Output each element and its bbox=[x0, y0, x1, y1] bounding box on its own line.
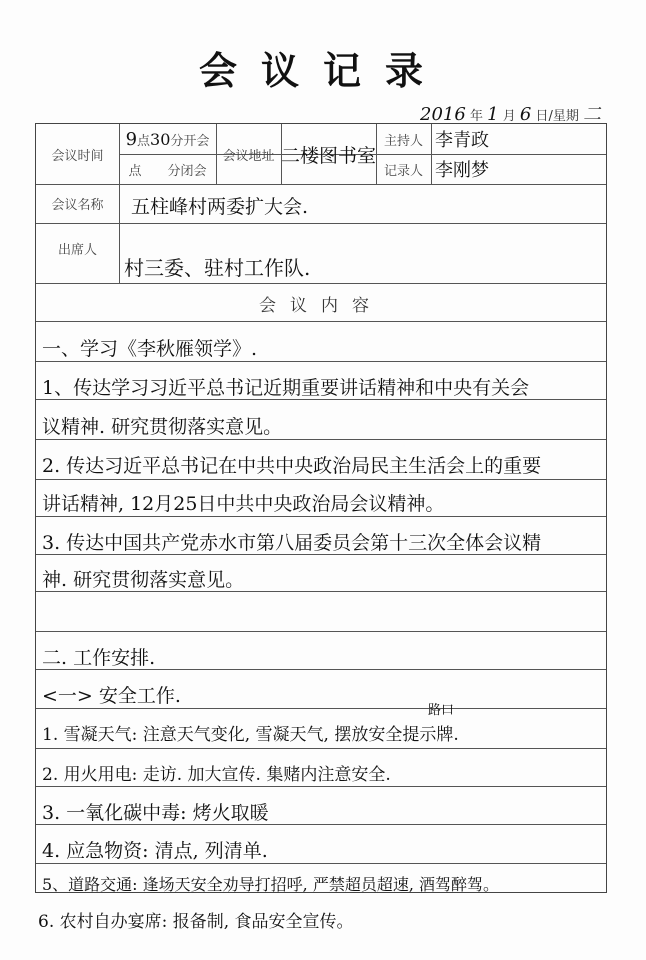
rule-4 bbox=[36, 321, 606, 322]
rule-3 bbox=[36, 283, 606, 284]
rule-2 bbox=[36, 223, 606, 224]
content-line: 一、学习《李秋雁领学》. bbox=[42, 334, 257, 361]
content-line: 议精神. 研究贯彻落实意见。 bbox=[42, 412, 282, 439]
rule-12 bbox=[36, 631, 606, 632]
recorder-value: 李刚梦 bbox=[431, 154, 535, 184]
date-day-label: 日/星期 bbox=[535, 109, 578, 124]
date-day: 6 bbox=[520, 104, 531, 125]
rule-1 bbox=[36, 184, 606, 185]
host-label: 主持人 bbox=[376, 124, 431, 154]
content-line: 1、传达学习习近平总书记近期重要讲话精神和中央有关会 bbox=[42, 373, 529, 400]
rule-5 bbox=[36, 361, 606, 362]
content-line: 3. 一氧化碳中毒: 烤火取暖 bbox=[42, 798, 269, 825]
rule-18 bbox=[36, 863, 606, 864]
attendees-value: 村三委、驻村工作队. bbox=[124, 252, 310, 281]
content-line: <一> 安全工作. bbox=[42, 681, 181, 708]
address-label: 会议地址 bbox=[216, 124, 281, 184]
rule-15 bbox=[36, 748, 606, 749]
address-value: 二楼图书室 bbox=[281, 124, 376, 184]
content-line: 1. 雪凝天气: 注意天气变化, 雪凝天气, 摆放安全提示牌. bbox=[42, 720, 459, 745]
meeting-record-form: 会议时间 9 点 30 分开会 点 分闭会 会议地址 二楼图书室 主持人 李青政… bbox=[35, 123, 607, 893]
date-month-label: 月 bbox=[503, 109, 516, 124]
content-line: 神. 研究贯彻落实意见。 bbox=[42, 565, 244, 592]
start-hour: 9 bbox=[126, 129, 137, 150]
date-year-label: 年 bbox=[470, 109, 483, 124]
recorder-label: 记录人 bbox=[376, 154, 431, 184]
rule-9 bbox=[36, 516, 606, 517]
content-heading: 会议内容 bbox=[36, 291, 606, 316]
content-line: 讲话精神, 12月25日中共中央政治局会议精神。 bbox=[42, 489, 444, 516]
content-line: 2. 用火用电: 走访. 加大宣传. 集赌内注意安全. bbox=[42, 760, 391, 785]
document-title: 会议记录 bbox=[0, 40, 646, 95]
content-line: 5、道路交通: 逢场天安全劝导打招呼, 严禁超员超速, 酒驾醉驾。 bbox=[42, 872, 499, 895]
insert-note: 路口 bbox=[428, 699, 454, 718]
rule-7 bbox=[36, 439, 606, 440]
host-value: 李青政 bbox=[431, 124, 535, 154]
date-weekday: 二 bbox=[583, 104, 601, 125]
start-suffix: 分开会 bbox=[170, 130, 209, 149]
date-month: 1 bbox=[487, 104, 498, 125]
content-line: 2. 传达习近平总书记在中共中央政治局民主生活会上的重要 bbox=[42, 451, 541, 478]
name-value: 五柱峰村两委扩大会. bbox=[131, 192, 308, 219]
start-min: 30 bbox=[150, 130, 170, 149]
time-label: 会议时间 bbox=[36, 124, 119, 184]
end-time: 点 分闭会 bbox=[119, 154, 216, 184]
rule-8 bbox=[36, 479, 606, 480]
content-line: 3. 传达中国共产党赤水市第八届委员会第十三次全体会议精 bbox=[42, 528, 541, 555]
outside-line: 6. 农村自办宴席: 报备制, 食品安全宣传。 bbox=[38, 907, 354, 932]
rule-14 bbox=[36, 708, 606, 709]
name-label: 会议名称 bbox=[36, 184, 119, 223]
rule-16 bbox=[36, 786, 606, 787]
date-year: 2016 bbox=[420, 104, 466, 125]
attendees-label: 出席人 bbox=[36, 223, 119, 273]
start-point: 点 bbox=[137, 130, 150, 149]
content-line: 4. 应急物资: 清点, 列清单. bbox=[42, 836, 268, 863]
content-line: 二. 工作安排. bbox=[42, 643, 155, 670]
start-time: 9 点 30 分开会 bbox=[119, 124, 216, 154]
